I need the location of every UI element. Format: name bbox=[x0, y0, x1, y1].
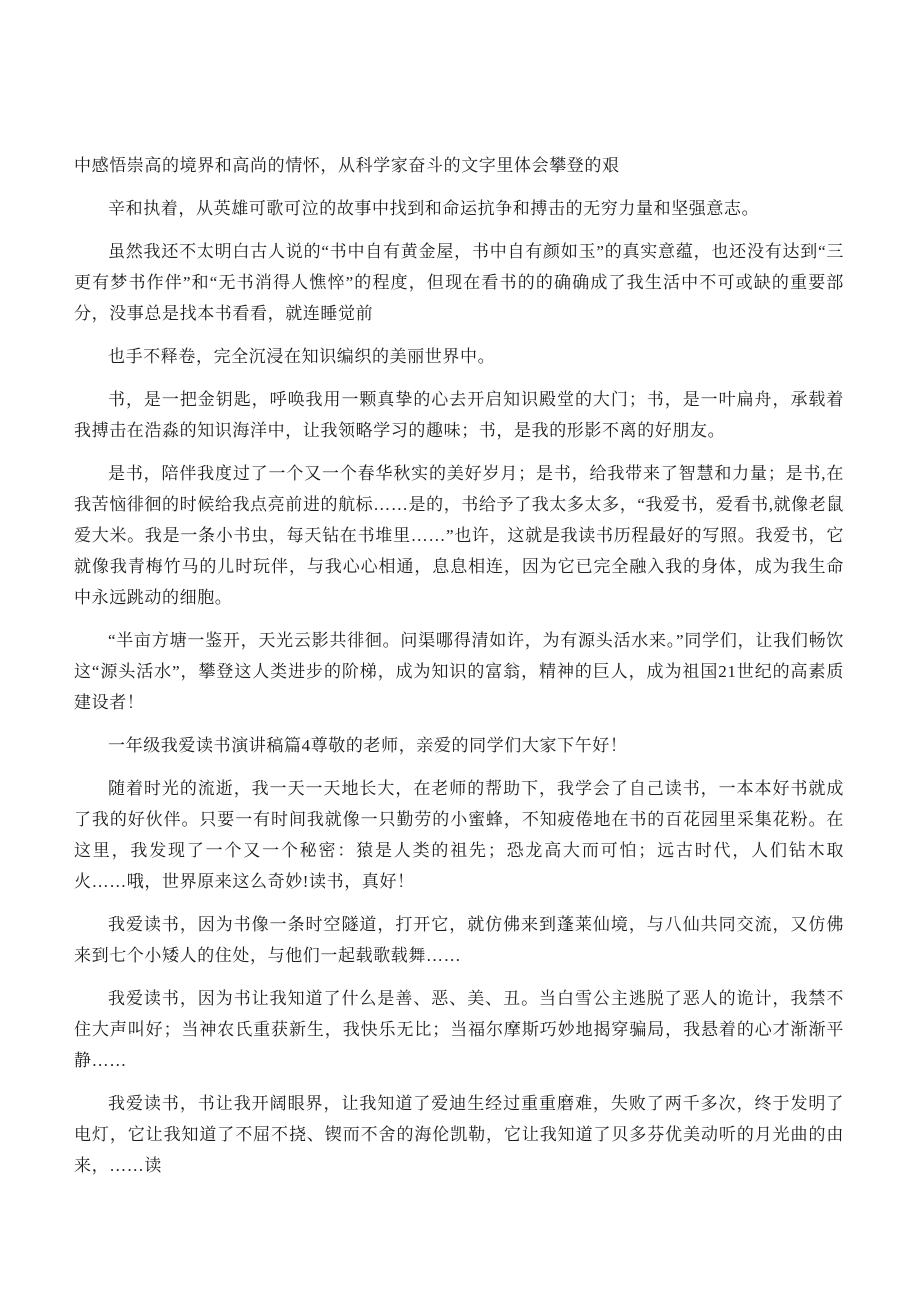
paragraph-growing-up-reading: 随着时光的流逝，我一天一天地长大，在老师的帮助下，我学会了自己读书，一本本好书就… bbox=[74, 773, 844, 897]
paragraph-book-companion: 是书，陪伴我度过了一个又一个春华秋实的美好岁月；是书，给我带来了智慧和力量；是书… bbox=[74, 458, 844, 613]
paragraph-time-tunnel: 我爱读书，因为书像一条时空隧道，打开它，就仿佛来到蓬莱仙境，与八仙共同交流，又仿… bbox=[74, 909, 844, 971]
paragraph-continuation-line-2: 辛和执着，从英雄可歌可泣的故事中找到和命运抗争和搏击的无穷力量和坚强意志。 bbox=[74, 193, 844, 224]
paragraph-poem-quote: “半亩方塘一鉴开，天光云影共徘徊。问渠哪得清如许，为有源头活水来。”同学们，让我… bbox=[74, 625, 844, 718]
paragraph-speech-4-greeting: 一年级我爱读书演讲稿篇4尊敬的老师，亲爱的同学们大家下午好！ bbox=[74, 730, 844, 761]
paragraph-golden-key: 书，是一把金钥匙，呼唤我用一颗真挚的心去开启知识殿堂的大门；书，是一叶扁舟，承载… bbox=[74, 384, 844, 446]
paragraph-golden-house: 虽然我还不太明白古人说的“书中自有黄金屋，书中自有颜如玉”的真实意蕴，也还没有达… bbox=[74, 236, 844, 329]
paragraph-good-evil-beauty: 我爱读书，因为书让我知道了什么是善、恶、美、丑。当白雪公主逃脱了恶人的诡计，我禁… bbox=[74, 983, 844, 1076]
paragraph-edison-helen-beethoven: 我爱读书，书让我开阔眼界，让我知道了爱迪生经过重重磨难，失败了两千多次，终于发明… bbox=[74, 1088, 844, 1181]
paragraph-continuation-line: 中感悟崇高的境界和高尚的情怀，从科学家奋斗的文字里体会攀登的艰 bbox=[74, 150, 844, 181]
document-page: 中感悟崇高的境界和高尚的情怀，从科学家奋斗的文字里体会攀登的艰 辛和执着，从英雄… bbox=[0, 0, 920, 1301]
paragraph-immersed-in-knowledge: 也手不释卷，完全沉浸在知识编织的美丽世界中。 bbox=[74, 341, 844, 372]
